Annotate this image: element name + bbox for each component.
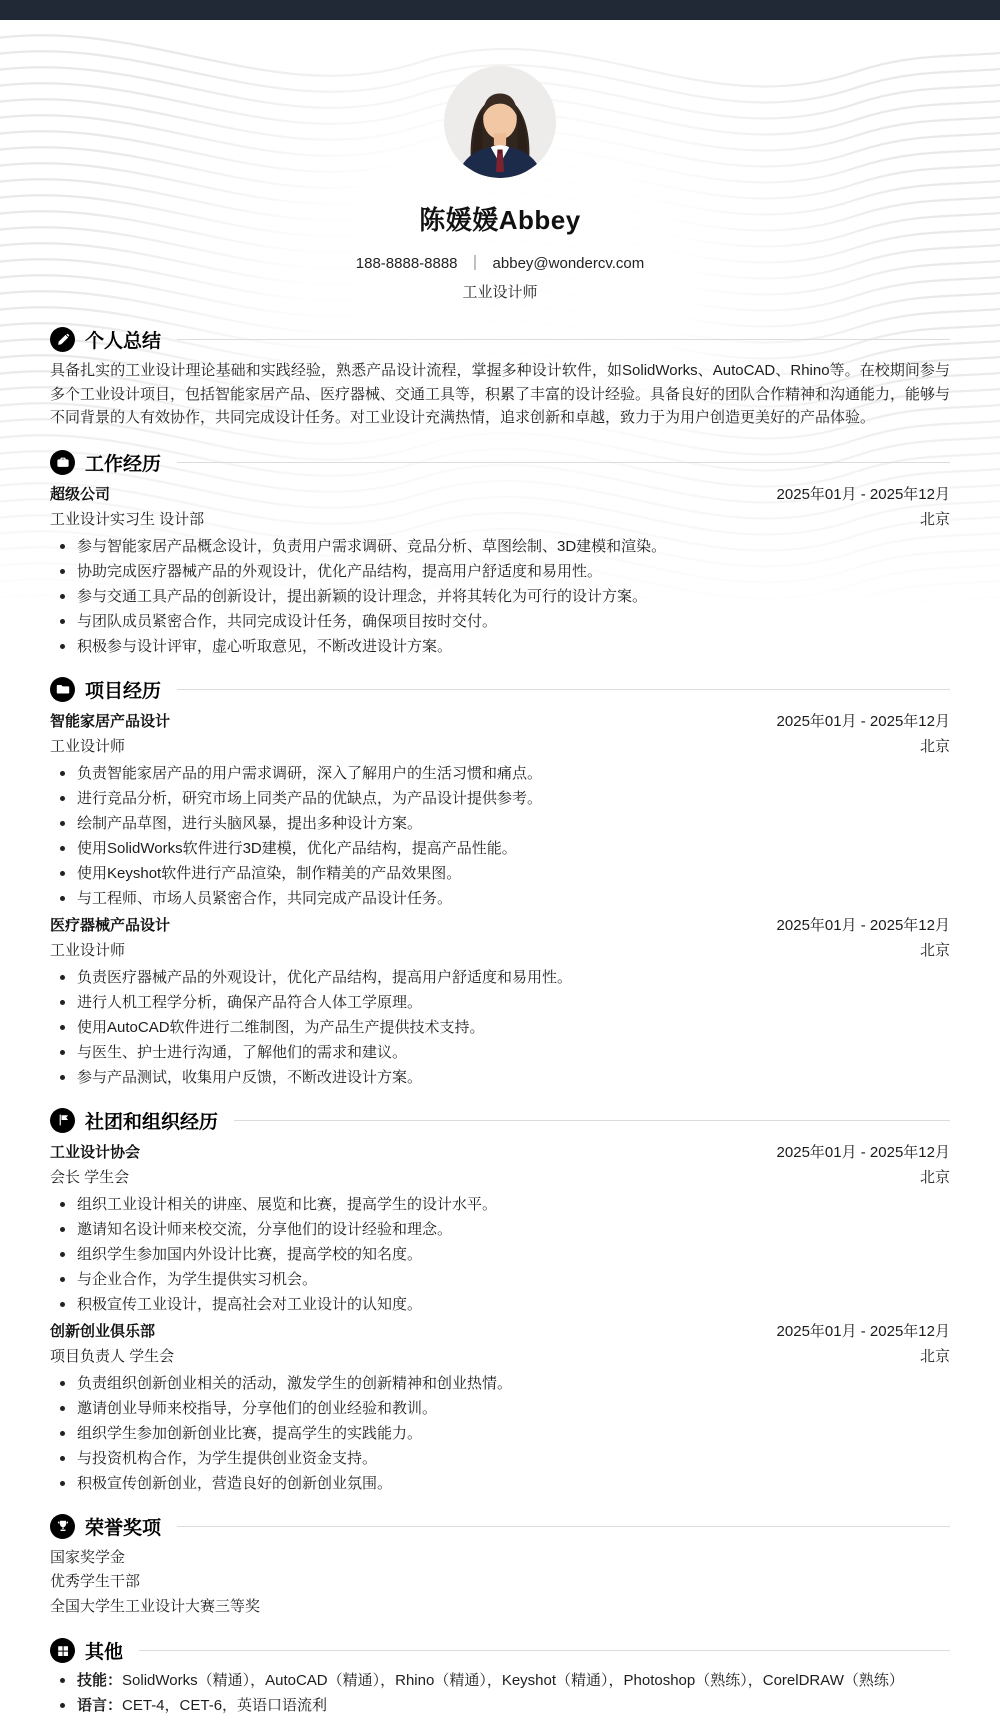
section-divider	[177, 689, 950, 690]
bullet-item: 与工程师、市场人员紧密合作，共同完成产品设计任务。	[50, 888, 950, 909]
section-title: 社团和组织经历	[85, 1107, 218, 1134]
profile-photo	[444, 66, 556, 178]
section-header: 荣誉奖项	[50, 1513, 950, 1540]
entry-role: 工业设计实习生 设计部	[50, 507, 204, 532]
honor-list: 国家奖学金 优秀学生干部 全国大学生工业设计大赛三等奖	[50, 1546, 950, 1619]
section-title: 其他	[85, 1637, 123, 1664]
avatar-illustration	[444, 66, 556, 178]
bullet-item: 与企业合作，为学生提供实习机会。	[50, 1269, 950, 1290]
entry-location: 北京	[920, 507, 950, 532]
language-item: 语言：CET-4，CET-6，英语口语流利	[50, 1695, 950, 1716]
project-entry: 智能家居产品设计 2025年01月 - 2025年12月 工业设计师 北京 负责…	[50, 709, 950, 909]
flag-icon	[50, 1108, 75, 1133]
bullet-item: 使用SolidWorks软件进行3D建模，优化产品结构，提高产品性能。	[50, 838, 950, 859]
phone-number: 188-8888-8888	[356, 255, 458, 272]
summary-text: 具备扎实的工业设计理论基础和实践经验，熟悉产品设计流程，掌握多种设计软件，如So…	[50, 359, 950, 430]
language-text: CET-4，CET-6，英语口语流利	[122, 1697, 327, 1714]
contact-line: 188-8888-8888｜abbey@wondercv.com	[50, 252, 950, 273]
section-divider	[139, 1650, 950, 1651]
section-work: 工作经历 超级公司 2025年01月 - 2025年12月 工业设计实习生 设计…	[50, 449, 950, 657]
section-header: 其他	[50, 1637, 950, 1664]
section-title: 荣誉奖项	[85, 1513, 161, 1540]
folder-icon	[50, 677, 75, 702]
section-other: 其他 技能：SolidWorks（精通），AutoCAD（精通），Rhino（精…	[50, 1637, 950, 1716]
language-label: 语言：	[77, 1697, 122, 1714]
bullet-item: 参与产品测试，收集用户反馈，不断改进设计方案。	[50, 1067, 950, 1088]
section-header: 项目经历	[50, 676, 950, 703]
honor-item: 国家奖学金	[50, 1546, 950, 1570]
section-title: 项目经历	[85, 676, 161, 703]
skill-text: SolidWorks（精通），AutoCAD（精通），Rhino（精通），Key…	[122, 1672, 904, 1689]
profile-header: 陈媛媛Abbey 188-8888-8888｜abbey@wondercv.co…	[50, 66, 950, 302]
bullet-item: 参与智能家居产品概念设计，负责用户需求调研、竞品分析、草图绘制、3D建模和渲染。	[50, 536, 950, 557]
entry-org: 创新创业俱乐部	[50, 1319, 155, 1344]
skill-item: 技能：SolidWorks（精通），AutoCAD（精通），Rhino（精通），…	[50, 1670, 950, 1691]
bullet-item: 邀请知名设计师来校交流，分享他们的设计经验和理念。	[50, 1219, 950, 1240]
section-header: 工作经历	[50, 449, 950, 476]
entry-location: 北京	[920, 1165, 950, 1190]
bullet-item: 使用AutoCAD软件进行二维制图，为产品生产提供技术支持。	[50, 1017, 950, 1038]
section-header: 社团和组织经历	[50, 1107, 950, 1134]
section-projects: 项目经历 智能家居产品设计 2025年01月 - 2025年12月 工业设计师 …	[50, 676, 950, 1088]
top-bar	[0, 0, 1000, 20]
skill-label: 技能：	[77, 1672, 122, 1689]
briefcase-icon	[50, 450, 75, 475]
honor-item: 优秀学生干部	[50, 1570, 950, 1594]
section-divider	[177, 462, 950, 463]
other-list: 技能：SolidWorks（精通），AutoCAD（精通），Rhino（精通），…	[50, 1670, 950, 1716]
entry-location: 北京	[920, 734, 950, 759]
email-address: abbey@wondercv.com	[493, 255, 645, 272]
entry-date: 2025年01月 - 2025年12月	[777, 1319, 950, 1344]
club-entry: 创新创业俱乐部 2025年01月 - 2025年12月 项目负责人 学生会 北京…	[50, 1319, 950, 1494]
bullet-item: 与团队成员紧密合作，共同完成设计任务，确保项目按时交付。	[50, 611, 950, 632]
bullet-item: 负责智能家居产品的用户需求调研，深入了解用户的生活习惯和痛点。	[50, 763, 950, 784]
bullet-item: 负责医疗器械产品的外观设计，优化产品结构，提高用户舒适度和易用性。	[50, 967, 950, 988]
bullet-item: 组织学生参加创新创业比赛，提高学生的实践能力。	[50, 1423, 950, 1444]
entry-org: 超级公司	[50, 482, 110, 507]
job-title: 工业设计师	[50, 281, 950, 302]
bullet-item: 与投资机构合作，为学生提供创业资金支持。	[50, 1448, 950, 1469]
section-title: 工作经历	[85, 449, 161, 476]
trophy-icon	[50, 1514, 75, 1539]
entry-bullets: 组织工业设计相关的讲座、展览和比赛，提高学生的设计水平。 邀请知名设计师来校交流…	[50, 1194, 950, 1315]
entry-org: 工业设计协会	[50, 1140, 140, 1165]
section-divider	[177, 339, 950, 340]
contact-separator: ｜	[468, 255, 483, 272]
entry-role: 会长 学生会	[50, 1165, 129, 1190]
bullet-item: 使用Keyshot软件进行产品渲染，制作精美的产品效果图。	[50, 863, 950, 884]
grid-icon	[50, 1638, 75, 1663]
bullet-item: 组织学生参加国内外设计比赛，提高学校的知名度。	[50, 1244, 950, 1265]
section-honors: 荣誉奖项 国家奖学金 优秀学生干部 全国大学生工业设计大赛三等奖	[50, 1513, 950, 1619]
section-divider	[177, 1526, 950, 1527]
section-clubs: 社团和组织经历 工业设计协会 2025年01月 - 2025年12月 会长 学生…	[50, 1107, 950, 1494]
bullet-item: 绘制产品草图，进行头脑风暴，提出多种设计方案。	[50, 813, 950, 834]
entry-date: 2025年01月 - 2025年12月	[777, 482, 950, 507]
pen-icon	[50, 327, 75, 352]
entry-location: 北京	[920, 1344, 950, 1369]
entry-bullets: 参与智能家居产品概念设计，负责用户需求调研、竞品分析、草图绘制、3D建模和渲染。…	[50, 536, 950, 657]
bullet-item: 积极参与设计评审，虚心听取意见，不断改进设计方案。	[50, 636, 950, 657]
work-entry: 超级公司 2025年01月 - 2025年12月 工业设计实习生 设计部 北京 …	[50, 482, 950, 657]
bullet-item: 与医生、护士进行沟通，了解他们的需求和建议。	[50, 1042, 950, 1063]
honor-item: 全国大学生工业设计大赛三等奖	[50, 1595, 950, 1619]
bullet-item: 积极宣传创新创业，营造良好的创新创业氛围。	[50, 1473, 950, 1494]
entry-org: 智能家居产品设计	[50, 709, 170, 734]
bullet-item: 积极宣传工业设计，提高社会对工业设计的认知度。	[50, 1294, 950, 1315]
entry-date: 2025年01月 - 2025年12月	[777, 1140, 950, 1165]
club-entry: 工业设计协会 2025年01月 - 2025年12月 会长 学生会 北京 组织工…	[50, 1140, 950, 1315]
entry-role: 工业设计师	[50, 938, 125, 963]
candidate-name: 陈媛媛Abbey	[50, 200, 950, 237]
bullet-item: 负责组织创新创业相关的活动，激发学生的创新精神和创业热情。	[50, 1373, 950, 1394]
section-header: 个人总结	[50, 326, 950, 353]
bullet-item: 参与交通工具产品的创新设计，提出新颖的设计理念，并将其转化为可行的设计方案。	[50, 586, 950, 607]
bullet-item: 邀请创业导师来校指导，分享他们的创业经验和教训。	[50, 1398, 950, 1419]
entry-location: 北京	[920, 938, 950, 963]
entry-bullets: 负责组织创新创业相关的活动，激发学生的创新精神和创业热情。 邀请创业导师来校指导…	[50, 1373, 950, 1494]
bullet-item: 协助完成医疗器械产品的外观设计，优化产品结构，提高用户舒适度和易用性。	[50, 561, 950, 582]
entry-date: 2025年01月 - 2025年12月	[777, 913, 950, 938]
bullet-item: 进行人机工程学分析，确保产品符合人体工学原理。	[50, 992, 950, 1013]
section-summary: 个人总结 具备扎实的工业设计理论基础和实践经验，熟悉产品设计流程，掌握多种设计软…	[50, 326, 950, 430]
entry-role: 工业设计师	[50, 734, 125, 759]
entry-role: 项目负责人 学生会	[50, 1344, 174, 1369]
entry-org: 医疗器械产品设计	[50, 913, 170, 938]
project-entry: 医疗器械产品设计 2025年01月 - 2025年12月 工业设计师 北京 负责…	[50, 913, 950, 1088]
entry-date: 2025年01月 - 2025年12月	[777, 709, 950, 734]
bullet-item: 进行竞品分析，研究市场上同类产品的优缺点，为产品设计提供参考。	[50, 788, 950, 809]
bullet-item: 组织工业设计相关的讲座、展览和比赛，提高学生的设计水平。	[50, 1194, 950, 1215]
entry-bullets: 负责医疗器械产品的外观设计，优化产品结构，提高用户舒适度和易用性。 进行人机工程…	[50, 967, 950, 1088]
section-divider	[234, 1120, 950, 1121]
entry-bullets: 负责智能家居产品的用户需求调研，深入了解用户的生活习惯和痛点。 进行竞品分析，研…	[50, 763, 950, 909]
section-title: 个人总结	[85, 326, 161, 353]
